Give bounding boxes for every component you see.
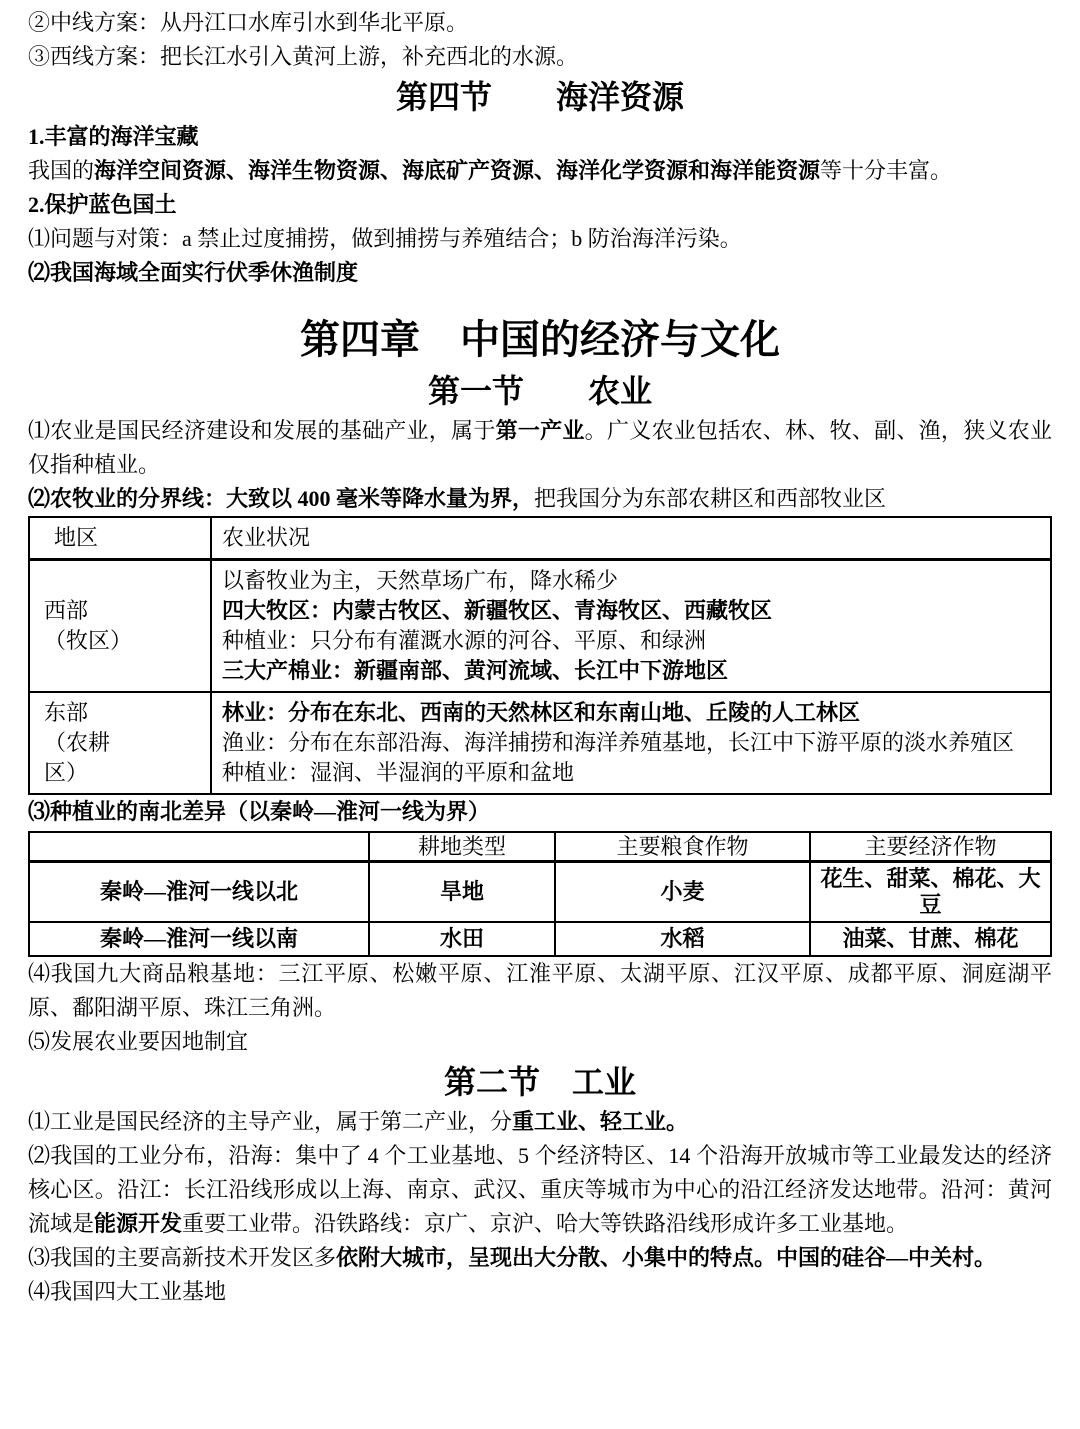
text-line: 渔业：分布在东部沿海、海洋捕捞和海洋养殖基地，长江中下游平原的淡水养殖区 xyxy=(222,728,1040,758)
regions-header-status: 农业状况 xyxy=(211,517,1051,560)
text-line-bold: 林业：分布在东北、西南的天然林区和东南山地、丘陵的人工林区 xyxy=(222,698,1040,728)
crops-north-land: 旱地 xyxy=(369,862,555,923)
text-line: 区） xyxy=(44,758,200,788)
regions-west-details: 以畜牧业为主，天然草场广布，降水稀少 四大牧区：内蒙古牧区、新疆牧区、青海牧区、… xyxy=(211,560,1051,693)
crops-table: 耕地类型 主要粮食作物 主要经济作物 秦岭—淮河一线以北 旱地 小麦 花生、甜菜… xyxy=(28,831,1052,957)
industry-paragraph-1: ⑴工业是国民经济的主导产业，属于第二产业，分重工业、轻工业。 xyxy=(28,1105,1052,1139)
study-notes-page: ②中线方案：从丹江口水库引水到华北平原。 ③西线方案：把长江水引入黄河上游，补充… xyxy=(0,0,1080,1429)
industry-paragraph-3: ⑶我国的主要高新技术开发区多依附大城市，呈现出大分散、小集中的特点。中国的硅谷—… xyxy=(28,1241,1052,1275)
regions-row-east: 东部 （农耕 区） 林业：分布在东北、西南的天然林区和东南山地、丘陵的人工林区 … xyxy=(29,692,1051,794)
regions-table: 地区 农业状况 西部 （牧区） 以畜牧业为主，天然草场广布，降水稀少 四大牧区：… xyxy=(28,516,1052,795)
crops-south-cash: 油菜、甘蔗、棉花 xyxy=(810,922,1051,956)
chapter-heading: 第四章 中国的经济与文化 xyxy=(28,312,1052,368)
text-line: （农耕 xyxy=(44,728,200,758)
regions-east-label: 东部 （农耕 区） xyxy=(29,692,211,794)
crops-south-grain: 水稻 xyxy=(555,922,810,956)
crops-north-region: 秦岭—淮河一线以北 xyxy=(29,862,369,923)
text-segment-bold: 第一产业 xyxy=(496,418,585,443)
marine-treasure-paragraph: 我国的海洋空间资源、海洋生物资源、海底矿产资源、海洋化学资源和海洋能资源等十分丰… xyxy=(28,154,1052,188)
regions-row-west: 西部 （牧区） 以畜牧业为主，天然草场广布，降水稀少 四大牧区：内蒙古牧区、新疆… xyxy=(29,560,1051,693)
marine-item-problems: ⑴问题与对策：a 禁止过度捕捞，做到捕捞与养殖结合；b 防治海洋污染。 xyxy=(28,222,1052,256)
crops-north-cash: 花生、甜菜、棉花、大豆 xyxy=(810,862,1051,923)
text-line: 以畜牧业为主，天然草场广布，降水稀少 xyxy=(222,566,1040,596)
crops-row-south: 秦岭—淮河一线以南 水田 水稻 油菜、甘蔗、棉花 xyxy=(29,922,1051,956)
text-line: 西部 xyxy=(44,596,200,626)
text-segment-bold: 重工业、轻工业。 xyxy=(512,1109,688,1134)
text-segment: ⑴工业是国民经济的主导产业，属于第二产业，分 xyxy=(28,1109,512,1134)
agriculture-paragraph-1: ⑴农业是国民经济建设和发展的基础产业，属于第一产业。广义农业包括农、林、牧、副、… xyxy=(28,414,1052,482)
crops-row-north: 秦岭—淮河一线以北 旱地 小麦 花生、甜菜、棉花、大豆 xyxy=(29,862,1051,923)
regions-east-details: 林业：分布在东北、西南的天然林区和东南山地、丘陵的人工林区 渔业：分布在东部沿海… xyxy=(211,692,1051,794)
text-line: 种植业：只分布有灌溉水源的河谷、平原、和绿洲 xyxy=(222,626,1040,656)
agriculture-paragraph-2: ⑵农牧业的分界线：大致以 400 毫米等降水量为界，把我国分为东部农耕区和西部牧… xyxy=(28,482,1052,516)
text-segment: ⑴农业是国民经济建设和发展的基础产业，属于 xyxy=(28,418,496,443)
text-segment-bold: 海洋空间资源、海洋生物资源、海底矿产资源、海洋化学资源和海洋能资源 xyxy=(94,158,820,183)
crops-table-header-row: 耕地类型 主要粮食作物 主要经济作物 xyxy=(29,832,1051,862)
water-transfer-west-route: ③西线方案：把长江水引入黄河上游，补充西北的水源。 xyxy=(28,40,1052,74)
regions-table-header-row: 地区 农业状况 xyxy=(29,517,1051,560)
text-line: （牧区） xyxy=(44,626,200,656)
crops-header-empty xyxy=(29,832,369,862)
text-segment-bold: 依附大城市，呈现出大分散、小集中的特点。中国的硅谷—中关村。 xyxy=(336,1245,996,1270)
text-line: 东部 xyxy=(44,698,200,728)
text-line-bold: 四大牧区：内蒙古牧区、新疆牧区、青海牧区、西藏牧区 xyxy=(222,596,1040,626)
crops-header-land-type: 耕地类型 xyxy=(369,832,555,862)
industry-paragraph-4: ⑷我国四大工业基地 xyxy=(28,1275,1052,1309)
regions-header-region: 地区 xyxy=(29,517,211,560)
text-segment: 等十分丰富。 xyxy=(820,158,952,183)
industry-section-heading: 第二节 工业 xyxy=(28,1059,1052,1105)
text-segment-bold: 能源开发 xyxy=(94,1211,182,1236)
agriculture-paragraph-3: ⑶种植业的南北差异（以秦岭—淮河一线为界） xyxy=(28,795,1052,829)
crops-south-land: 水田 xyxy=(369,922,555,956)
crops-header-cash-crops: 主要经济作物 xyxy=(810,832,1051,862)
marine-protect-title: 2.保护蓝色国土 xyxy=(28,188,1052,222)
text-segment: 我国的 xyxy=(28,158,94,183)
marine-item-fishing-ban: ⑵我国海域全面实行伏季休渔制度 xyxy=(28,256,1052,290)
regions-west-label: 西部 （牧区） xyxy=(29,560,211,693)
text-segment: ⑶我国的主要高新技术开发区多 xyxy=(28,1245,336,1270)
marine-treasure-title: 1.丰富的海洋宝藏 xyxy=(28,120,1052,154)
crops-north-grain: 小麦 xyxy=(555,862,810,923)
text-segment: 把我国分为东部农耕区和西部牧业区 xyxy=(534,486,886,511)
agriculture-section-heading: 第一节 农业 xyxy=(28,368,1052,414)
agriculture-paragraph-5: ⑸发展农业要因地制宜 xyxy=(28,1025,1052,1059)
crops-header-grain: 主要粮食作物 xyxy=(555,832,810,862)
agriculture-paragraph-4: ⑷我国九大商品粮基地：三江平原、松嫩平原、江淮平原、太湖平原、江汉平原、成都平原… xyxy=(28,957,1052,1025)
text-line-bold: 三大产棉业：新疆南部、黄河流域、长江中下游地区 xyxy=(222,656,1040,686)
text-segment: 重要工业带。沿铁路线：京广、京沪、哈大等铁路沿线形成许多工业基地。 xyxy=(182,1211,908,1236)
text-line: 种植业：湿润、半湿润的平原和盆地 xyxy=(222,758,1040,788)
crops-south-region: 秦岭—淮河一线以南 xyxy=(29,922,369,956)
water-transfer-middle-route: ②中线方案：从丹江口水库引水到华北平原。 xyxy=(28,6,1052,40)
marine-section-heading: 第四节 海洋资源 xyxy=(28,74,1052,120)
text-segment-bold: ⑵农牧业的分界线：大致以 400 毫米等降水量为界， xyxy=(28,486,534,511)
industry-paragraph-2: ⑵我国的工业分布，沿海：集中了 4 个工业基地、5 个经济特区、14 个沿海开放… xyxy=(28,1139,1052,1241)
